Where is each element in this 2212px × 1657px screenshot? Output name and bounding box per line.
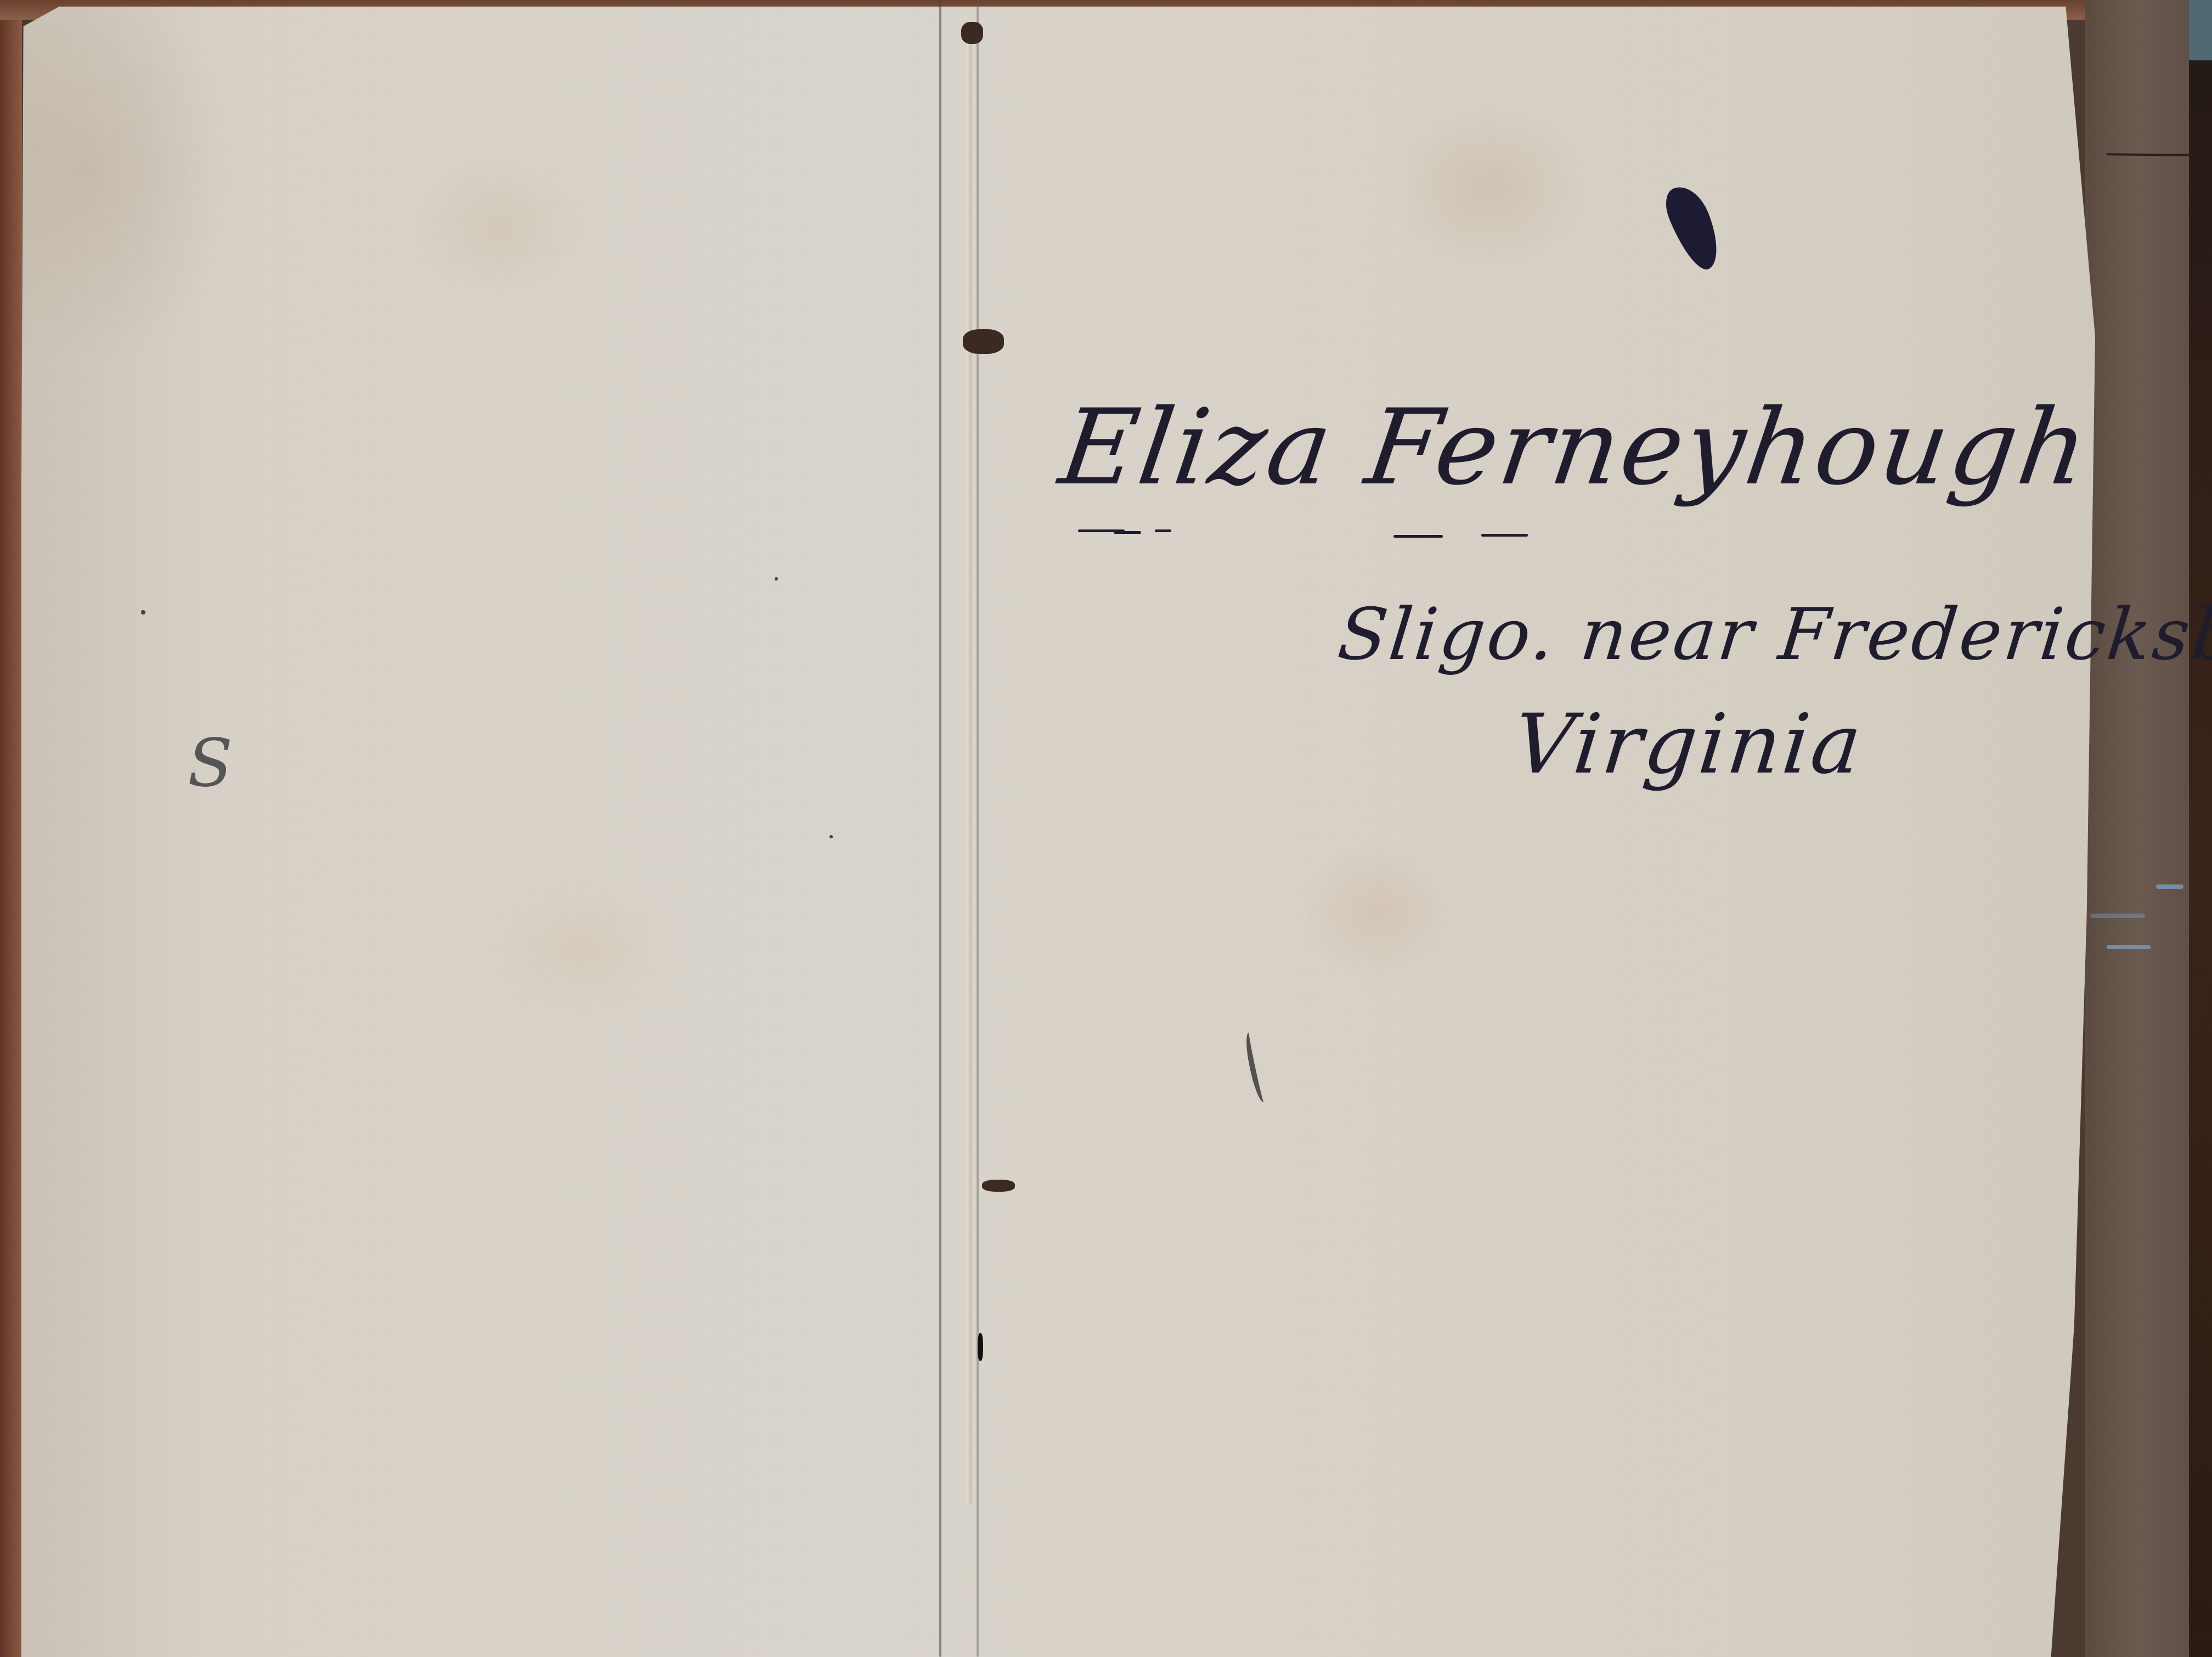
background-dark-edge	[2189, 60, 2212, 1657]
photo-scene: S Eliza Ferneyhough Sligo. near Frederic…	[0, 0, 2212, 1657]
board-blue-streak	[2090, 914, 2145, 918]
right-page	[982, 7, 2096, 1657]
background-teal-surface	[2189, 0, 2212, 60]
name-underline	[1481, 534, 1528, 537]
left-page: S	[7, 7, 934, 1657]
gutter-crease-left	[939, 0, 941, 1657]
inscription-place: Sligo. near Fredericksburg	[1334, 593, 2212, 676]
ink-fleck	[775, 577, 778, 580]
name-underline	[1155, 529, 1171, 532]
name-underline	[1393, 535, 1443, 538]
name-underline	[1114, 531, 1141, 534]
ink-fleck	[830, 835, 833, 838]
inscription-name: Eliza Ferneyhough	[1053, 387, 2097, 508]
left-page-mark: S	[188, 725, 233, 802]
ink-fleck	[141, 610, 145, 615]
gutter-crease-right	[977, 0, 979, 1657]
sewing-hole	[961, 22, 983, 44]
binding-thread	[967, 22, 974, 1503]
board-blue-streak	[2107, 945, 2151, 949]
board-blue-streak	[2156, 884, 2183, 889]
inscription-state: Virginia	[1509, 697, 1868, 792]
